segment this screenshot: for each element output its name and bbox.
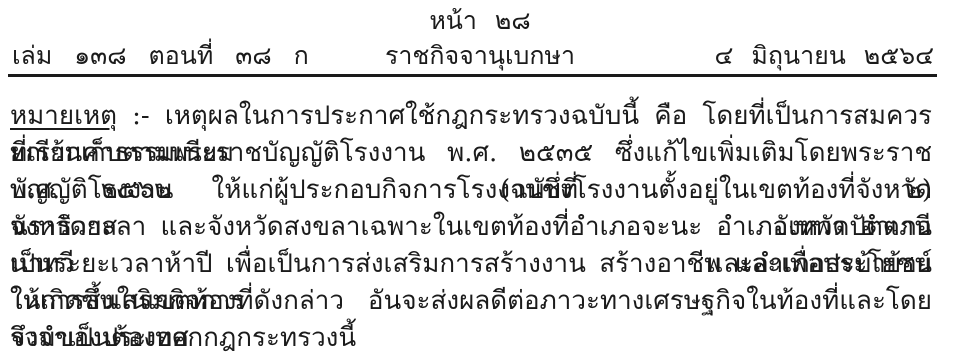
remark-line-6: ให้เกิดขึ้นในเขตท้องที่ดังกล่าว อันจะส่ง… <box>10 283 932 320</box>
remark-line-7: จึงจำเป็นต้องออกกฎกระทรวงนี้ <box>10 320 932 357</box>
remark-line-2: ที่เรียกเก็บตามพระราชบัญญัติโรงงาน พ.ศ. … <box>10 135 932 172</box>
remark-paragraph: หมายเหตุ :- เหตุผลในการประกาศใช้กฎกระทรว… <box>10 98 932 357</box>
header-divider-rule <box>8 74 937 77</box>
remark-separator: :- <box>132 101 150 131</box>
page-number-label: หน้า ๒๘ <box>0 0 960 37</box>
remark-label: หมายเหตุ <box>10 101 117 131</box>
remark-line-3: พ.ศ. ๒๕๖๒ ให้แก่ผู้ประกอบกิจการโรงงานซึ่… <box>10 172 932 209</box>
gazette-header-row: เล่ม ๑๓๘ ตอนที่ ๓๘ ก ราชกิจจานุเบกษา ๔ ม… <box>0 39 960 73</box>
remark-line-5: เป็นระยะเวลาห้าปี เพื่อเป็นการส่งเสริมกา… <box>10 246 932 283</box>
gazette-page: หน้า ๒๘ เล่ม ๑๓๘ ตอนที่ ๓๘ ก ราชกิจจานุเ… <box>0 0 960 361</box>
gazette-date: ๔ มิถุนายน ๒๕๖๔ <box>715 39 935 73</box>
remark-line-1: หมายเหตุ :- เหตุผลในการประกาศใช้กฎกระทรว… <box>10 98 932 135</box>
remark-line-4: จังหวัดยะลา และจังหวัดสงขลาเฉพาะในเขตท้อ… <box>10 209 932 246</box>
